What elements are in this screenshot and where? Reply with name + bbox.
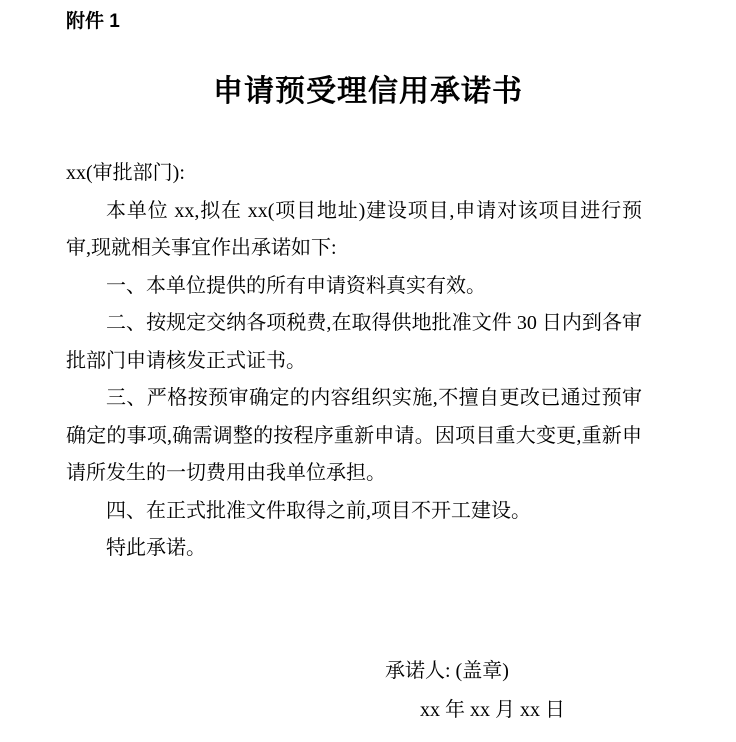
signatory-line: 承诺人: (盖章) xyxy=(385,652,642,691)
paragraph-intro: 本单位 xx,拟在 xx(项目地址)建设项目,申请对该项目进行预审,现就相关事宜… xyxy=(66,193,642,268)
attachment-label: 附件 1 xyxy=(66,0,736,36)
paragraph-closing: 特此承诺。 xyxy=(66,530,642,568)
signature-block: 承诺人: (盖章) xx 年 xx 月 xx 日 xyxy=(66,652,642,730)
document-page: 附件 1 申请预受理信用承诺书 xx(审批部门): 本单位 xx,拟在 xx(项… xyxy=(0,0,736,742)
document-body: xx(审批部门): 本单位 xx,拟在 xx(项目地址)建设项目,申请对该项目进… xyxy=(66,155,642,730)
salutation-line: xx(审批部门): xyxy=(66,155,642,193)
paragraph-item-4: 四、在正式批准文件取得之前,项目不开工建设。 xyxy=(66,493,642,531)
paragraph-item-3: 三、严格按预审确定的内容组织实施,不擅自更改已通过预审确定的事项,确需调整的按程… xyxy=(66,380,642,493)
paragraph-item-1: 一、本单位提供的所有申请资料真实有效。 xyxy=(66,268,642,306)
date-line: xx 年 xx 月 xx 日 xyxy=(420,691,642,730)
paragraph-item-2: 二、按规定交纳各项税费,在取得供地批准文件 30 日内到各审批部门申请核发正式证… xyxy=(66,305,642,380)
document-title: 申请预受理信用承诺书 xyxy=(0,74,736,110)
